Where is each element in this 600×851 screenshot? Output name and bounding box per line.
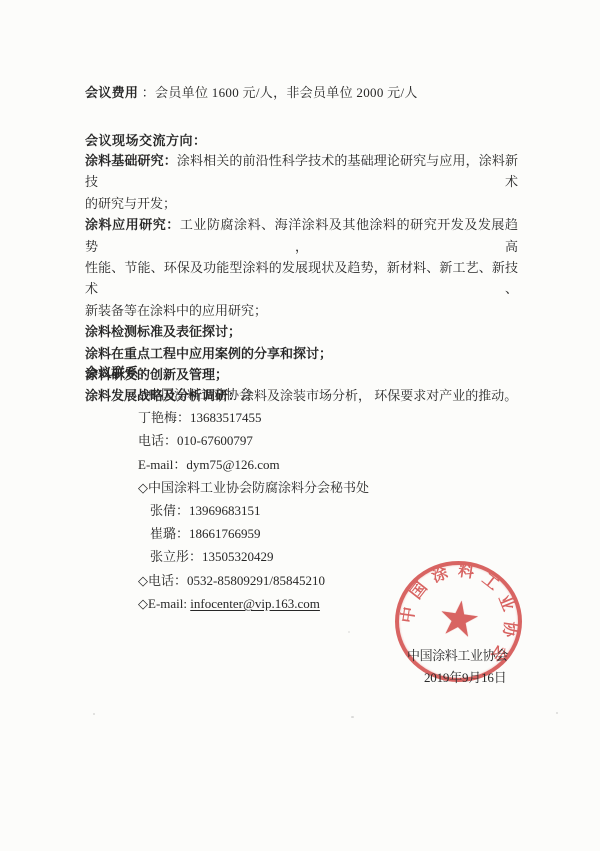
scan-speck — [351, 716, 354, 718]
scan-speck — [93, 713, 95, 715]
contact-line-person: 张立彤：13505320429 — [150, 545, 369, 568]
contact-line-org-1: ◇中国涂料工业协会 — [138, 383, 369, 406]
contact-line-phone: 电话：010-67600797 — [138, 429, 369, 452]
seal-arc-char: 中 — [400, 605, 418, 623]
topic-line: 新装备等在涂料中的应用研究； — [85, 300, 518, 321]
email-link: infocenter@vip.163.com — [190, 596, 320, 611]
contact-line-person: 崔璐：18661766959 — [150, 522, 369, 545]
scan-speck — [556, 712, 558, 714]
fee-value: ：会员单位 1600 元/人，非会员单位 2000 元/人 — [138, 85, 417, 100]
contacts-list: ◇中国涂料工业协会 丁艳梅：13683517455 电话：010-6760079… — [138, 383, 369, 615]
topic-line: 性能、节能、环保及功能型涂料的发展现状及趋势，新材料、新工艺、新技术、 — [85, 257, 518, 300]
contact-line-org-2: ◇中国涂料工业协会防腐涂料分会秘书处 — [138, 476, 369, 499]
topics-heading: 会议现场交流方向： — [85, 130, 207, 149]
contact-line-email-1: E-mail：dym75@126.com — [138, 453, 369, 476]
contact-line-phone-2: ◇电话：0532-85809291/85845210 — [138, 569, 369, 592]
contact-line-person: 丁艳梅：13683517455 — [138, 406, 369, 429]
fee-line: 会议费用 ：会员单位 1600 元/人，非会员单位 2000 元/人 — [85, 82, 555, 101]
star-icon: ★ — [434, 592, 483, 646]
scan-speck — [348, 631, 350, 633]
topic-line: 涂料检测标准及表征探讨； — [85, 321, 518, 342]
contact-line-person: 张倩：13969683151 — [150, 499, 369, 522]
fee-label: 会议费用 — [85, 85, 138, 100]
topic-line: 涂料在重点工程中应用案例的分享和探讨； — [85, 343, 518, 364]
topic-line: 涂料应用研究：工业防腐涂料、海洋涂料及其他涂料的研究开发及发展趋势，高 — [85, 214, 518, 257]
seal-arc-char: 协 — [499, 619, 517, 637]
contact-line-email-2: ◇E-mail: infocenter@vip.163.com — [138, 592, 369, 615]
topic-line: 涂料基础研究：涂料相关的前沿性科学技术的基础理论研究与应用，涂料新技术 — [85, 150, 518, 193]
topic-line: 的研究与开发； — [85, 193, 518, 214]
seal-arc-char: 料 — [456, 563, 474, 581]
contacts-heading: 会议联系： — [85, 362, 153, 381]
document-date: 2019年9月16日 — [424, 667, 507, 686]
scanned-document-page: 会议费用 ：会员单位 1600 元/人，非会员单位 2000 元/人 会议现场交… — [0, 0, 600, 851]
organization-name: 中国涂料工业协会 — [407, 645, 508, 664]
